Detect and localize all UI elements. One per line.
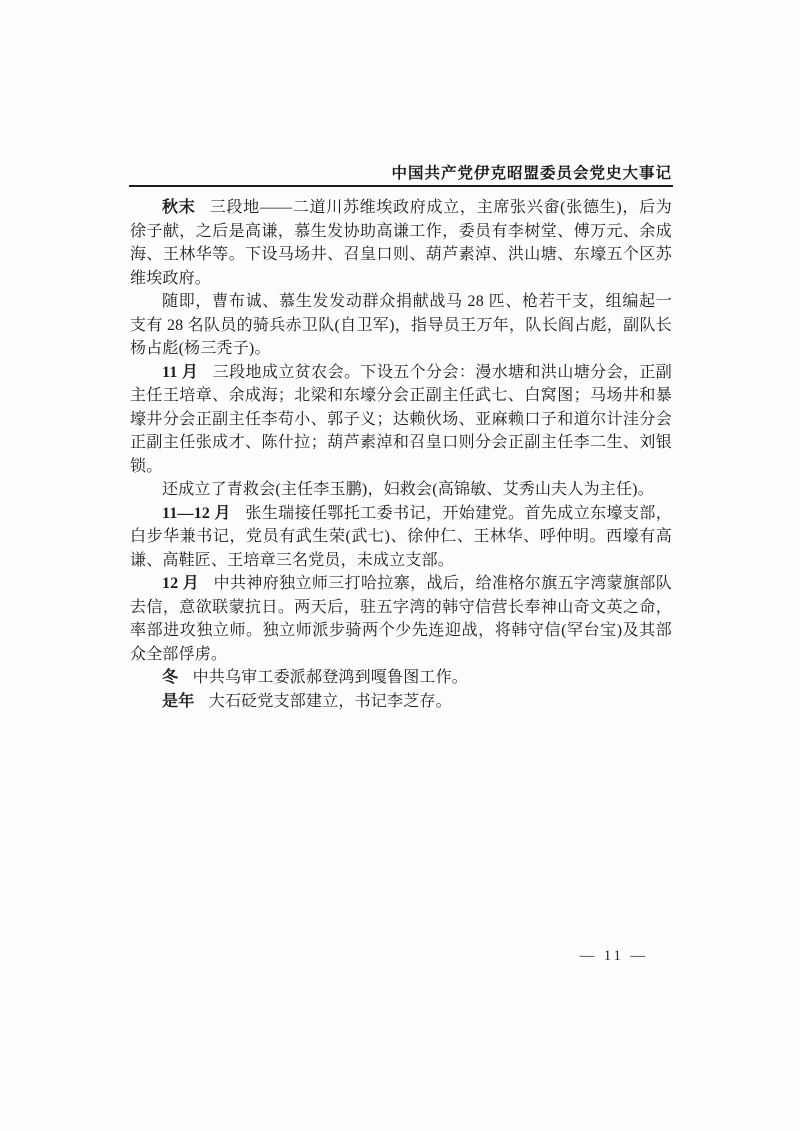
paragraph: 冬中共乌审工委派郝登鸿到嘎鲁图工作。 [130,666,672,690]
paragraph-text: 三段地成立贫农会。下设五个分会：漫水塘和洪山塘分会，正副主任王培章、余成海；北梁… [130,364,672,475]
paragraph-text: 大石砭党支部建立，书记李芝存。 [209,693,452,710]
paragraph: 是年大石砭党支部建立，书记李芝存。 [130,690,672,714]
paragraph: 11 月三段地成立贫农会。下设五个分会：漫水塘和洪山塘分会，正副主任王培章、余成… [130,361,672,479]
paragraph: 12 月中共神府独立师三打哈拉寨，战后，给准格尔旗五字湾蒙旗部队去信，意欲联蒙抗… [130,572,672,666]
date-label: 是年 [162,693,194,710]
date-label: 冬 [162,669,178,686]
paragraph-text: 还成立了青救会(主任李玉鹏)，妇救会(高锦敏、艾秀山夫人为主任)。 [162,481,654,498]
paragraph-text: 三段地——二道川苏维埃政府成立，主席张兴畲(张德生)，后为徐子献，之后是高谦，慕… [130,199,672,287]
paragraph: 还成立了青救会(主任李玉鹏)，妇救会(高锦敏、艾秀山夫人为主任)。 [130,478,672,502]
paragraph: 随即，曹布诚、慕生发发动群众捐献战马 28 匹、枪若干支，组编起一支有 28 名… [130,290,672,361]
paragraph-text: 中共神府独立师三打哈拉寨，战后，给准格尔旗五字湾蒙旗部队去信，意欲联蒙抗日。两天… [130,575,672,663]
body-text: 秋末三段地——二道川苏维埃政府成立，主席张兴畲(张德生)，后为徐子献，之后是高谦… [130,196,672,713]
page-number: — 11 — [580,948,648,965]
running-header-title: 中国共产党伊克昭盟委员会党史大事记 [130,161,672,183]
date-label: 11 月 [162,364,198,381]
date-label: 秋末 [162,199,195,216]
paragraph: 11—12 月张生瑞接任鄂托工委书记，开始建党。首先成立东壕支部，白步华兼书记，… [130,502,672,573]
paragraph-text: 中共乌审工委派郝登鸿到嘎鲁图工作。 [193,669,468,686]
date-label: 11—12 月 [162,505,231,522]
date-label: 12 月 [162,575,199,592]
header-rule [129,185,673,187]
scanned-book-page: 中国共产党伊克昭盟委员会党史大事记 秋末三段地——二道川苏维埃政府成立，主席张兴… [0,0,800,1131]
paragraph-text: 随即，曹布诚、慕生发发动群众捐献战马 28 匹、枪若干支，组编起一支有 28 名… [130,293,672,357]
paragraph: 秋末三段地——二道川苏维埃政府成立，主席张兴畲(张德生)，后为徐子献，之后是高谦… [130,196,672,290]
